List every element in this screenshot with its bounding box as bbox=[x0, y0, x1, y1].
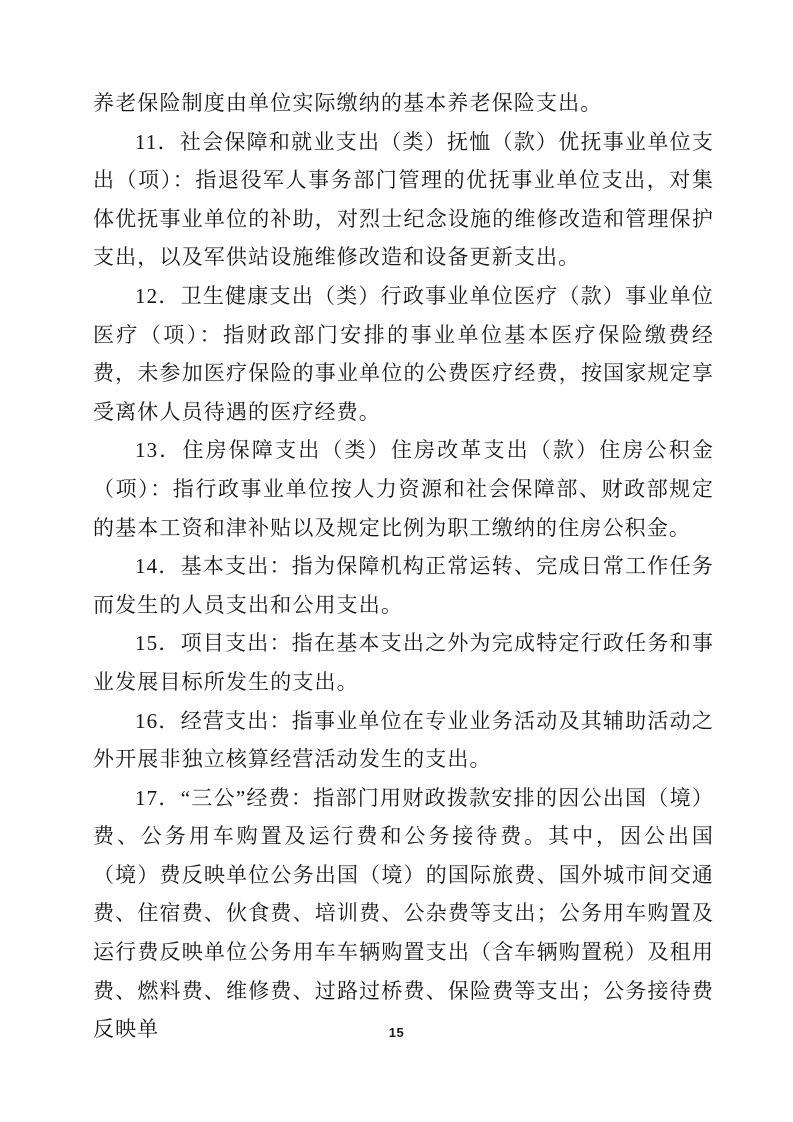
paragraph-continuation: 养老保险制度由单位实际缴纳的基本养老保险支出。 bbox=[93, 84, 714, 123]
paragraph-item-15: 15．项目支出：指在基本支出之外为完成特定行政任务和事业发展目标所发生的支出。 bbox=[93, 624, 714, 701]
paragraph-item-14: 14．基本支出：指为保障机构正常运转、完成日常工作任务而发生的人员支出和公用支出… bbox=[93, 547, 714, 624]
paragraph-item-12: 12．卫生健康支出（类）行政事业单位医疗（款）事业单位医疗（项）：指财政部门安排… bbox=[93, 277, 714, 431]
document-page: 养老保险制度由单位实际缴纳的基本养老保险支出。 11．社会保障和就业支出（类）抚… bbox=[0, 0, 793, 1122]
paragraph-item-17: 17．“三公”经费：指部门用财政拨款安排的因公出国（境）费、公务用车购置及运行费… bbox=[93, 779, 714, 1049]
page-number: 15 bbox=[389, 1025, 404, 1040]
page-footer: 15 bbox=[0, 1024, 793, 1042]
paragraph-item-13: 13．住房保障支出（类）住房改革支出（款）住房公积金（项）：指行政事业单位按人力… bbox=[93, 431, 714, 547]
paragraph-item-11: 11．社会保障和就业支出（类）抚恤（款）优抚事业单位支出（项）：指退役军人事务部… bbox=[93, 123, 714, 277]
paragraph-item-16: 16．经营支出：指事业单位在专业业务活动及其辅助活动之外开展非独立核算经营活动发… bbox=[93, 702, 714, 779]
page-body: 养老保险制度由单位实际缴纳的基本养老保险支出。 11．社会保障和就业支出（类）抚… bbox=[93, 84, 714, 1049]
